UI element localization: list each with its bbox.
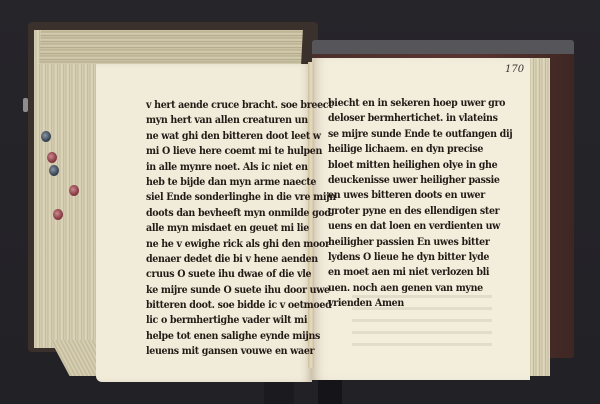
text-line: siel Ende sonderlinghe in die vre mijn: [146, 190, 295, 205]
bookmark-knob-blue: [49, 165, 59, 176]
text-line: lic o bermhertighe vader wilt mi: [146, 313, 295, 328]
bookmark-knob-blue: [41, 131, 51, 142]
text-line: uens en dat loen en verdienten uw: [328, 219, 491, 234]
right-page-text: biecht en in sekeren hoep uwer gro delos…: [328, 96, 491, 311]
text-line: vrienden Amen: [328, 296, 491, 311]
left-page-block-top: [39, 30, 303, 64]
text-line: denaer dedet die bi v hene aenden: [146, 252, 295, 267]
text-line: mi O lieve here coemt mi te hulpen: [146, 144, 295, 159]
text-line: helpe tot enen salighe eynde mijns: [146, 329, 295, 344]
text-line: bitteren doot. soe bidde ic v oetmoed: [146, 298, 295, 313]
text-line: se mijre sunde Ende te outfangen dij: [328, 127, 491, 142]
text-line: myn hert van allen creaturen un: [146, 113, 295, 128]
left-page-text: v hert aende cruce bracht. soe breect my…: [146, 98, 295, 360]
text-line: bloet mitten heilighen olye in ghe: [328, 158, 491, 173]
text-line: alle myn misdaet en geuet mi lie: [146, 221, 295, 236]
text-line: en moet aen mi niet verlozen bli: [328, 265, 491, 280]
text-line: ne wat ghi den bitteren doot leet w: [146, 129, 295, 144]
right-page-block-edge: [528, 58, 550, 376]
text-line: heilige lichaem. en dyn precise: [328, 142, 491, 157]
text-line: doots dan bevheeft myn onmilde god: [146, 206, 295, 221]
text-line: heiligher passien En uwes bitter: [328, 235, 491, 250]
text-line: deloser bermhertichet. in vlateins: [328, 111, 491, 126]
text-line: uen. noch aen genen van myne: [328, 281, 491, 296]
text-line: ke mijre sunde O suete ihu door uwe: [146, 283, 295, 298]
text-line: in alle mynre noet. Als ic niet en: [146, 160, 295, 175]
bookmark-knob-red: [47, 152, 57, 163]
right-cover-top-edge: [312, 40, 574, 54]
text-line: cruus O suete ihu dwae of die vle: [146, 267, 295, 282]
text-line: biecht en in sekeren hoep uwer gro: [328, 96, 491, 111]
text-line: heb te bijde dan myn arme naecte: [146, 175, 295, 190]
bookmark-knob-red: [53, 209, 63, 220]
text-line: leuens mit gansen vouwe en waer: [146, 344, 295, 359]
folio-number: 170: [505, 64, 524, 75]
text-line: en uwes bitteren doots en uwer: [328, 188, 491, 203]
bookmark-knob-red: [69, 185, 79, 196]
metal-clip: [23, 98, 28, 112]
text-line: deuckenisse uwer heiligher passie: [328, 173, 491, 188]
text-line: groter pyne en des ellendigen ster: [328, 204, 491, 219]
text-line: ne he v ewighe rick als ghi den moor: [146, 237, 295, 252]
text-line: lydens O lieue he dyn bitter lyde: [328, 250, 491, 265]
text-line: v hert aende cruce bracht. soe breect: [146, 98, 295, 113]
